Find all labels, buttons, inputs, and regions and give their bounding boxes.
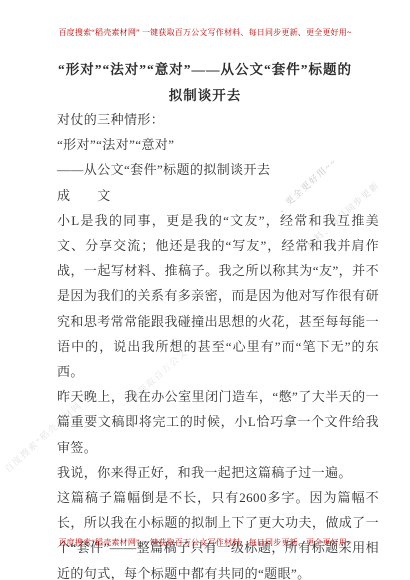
document-body: 对仗的三种情形： “形对”“法对”“意对” ——从公文“套件”标题的拟制谈开去 … bbox=[57, 107, 379, 580]
footer-promo-text: 百度搜索“稻壳素材网” 一键获取百万公文写作材料、每日同步更新、更全更好用~ bbox=[0, 537, 410, 548]
paragraph: 昨天晚上，我在办公室里闭门造车，“憋”了大半天的一篇重要文稿即将完工的时候，小L… bbox=[57, 384, 379, 460]
paragraph: 这篇稿子篇幅倒是不长，只有2600多字。因为篇幅不长，所以我在小标题的拟制上下了… bbox=[57, 485, 379, 580]
document-page: 百度搜索“稻壳素材网” 一键获取百万公文写作材料、每日同步更新、更全更好用~ “… bbox=[0, 0, 410, 580]
paragraph: 小L是我的同事，更是我的“文友”，经常和我互推美文、分享交流；他还是我的“写友”… bbox=[57, 208, 379, 384]
document-title: “形对”“法对”“意对”——从公文“套件”标题的 拟制谈开去 bbox=[36, 57, 374, 109]
document-title-line2: 拟制谈开去 bbox=[36, 83, 374, 109]
header-promo-text: 百度搜索“稻壳素材网” 一键获取百万公文写作材料、每日同步更新、更全更好用~ bbox=[0, 27, 410, 38]
document-title-line1: “形对”“法对”“意对”——从公文“套件”标题的 bbox=[36, 57, 374, 83]
intro-line: ——从公文“套件”标题的拟制谈开去 bbox=[57, 157, 379, 182]
intro-line: “形对”“法对”“意对” bbox=[57, 132, 379, 157]
author-line: 成 文 bbox=[57, 183, 379, 208]
intro-line: 对仗的三种情形： bbox=[57, 107, 379, 132]
paragraph: 我说，你来得正好，和我一起把这篇稿子过一遍。 bbox=[57, 460, 379, 485]
